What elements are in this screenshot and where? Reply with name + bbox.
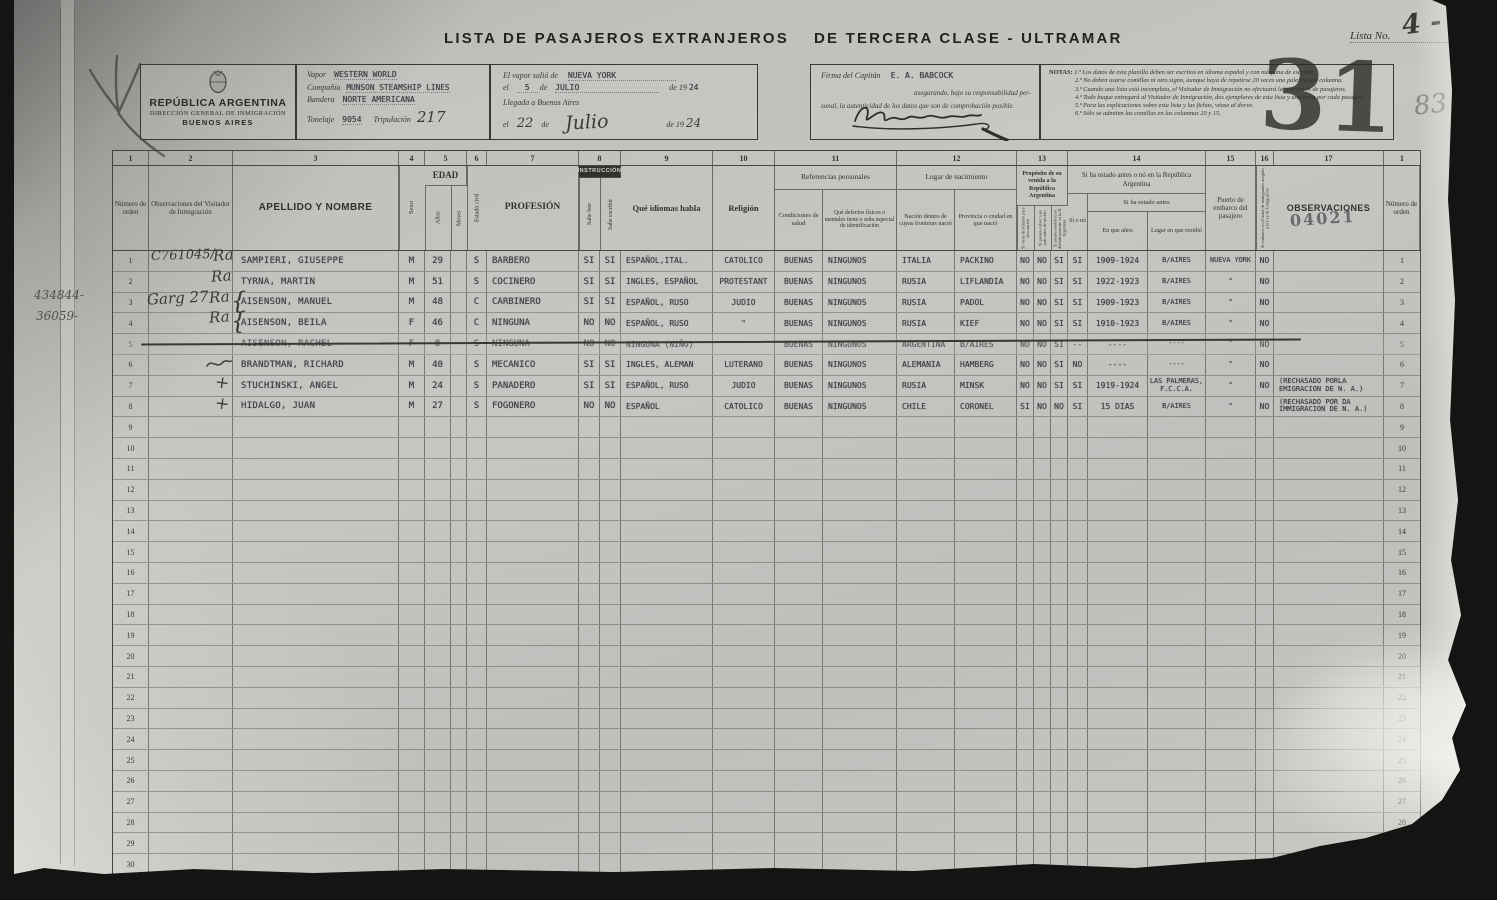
cell-esc: SI — [600, 272, 621, 292]
cell-puerto — [1206, 625, 1256, 645]
cell-t2 — [1034, 709, 1051, 729]
cell-visitor-obs — [149, 563, 233, 583]
cell-estado: C — [467, 313, 487, 333]
header-label: APELLIDO Y NOMBRE — [259, 202, 373, 214]
cell-name: AISENSON, MANUEL — [233, 293, 399, 313]
cell-religion — [713, 750, 775, 770]
cell-lugar — [1148, 792, 1206, 812]
cell-anos — [425, 480, 451, 500]
cell-en_anos: 1910-1923 — [1088, 313, 1148, 333]
cell-idiomas — [621, 833, 713, 853]
header-label: Referencias personales — [801, 173, 870, 182]
cell-salud: BUENAS — [775, 334, 823, 354]
cell-religion — [713, 792, 775, 812]
cell-religion: LUTERANO — [713, 355, 775, 375]
cell-lugar: B/AIRES — [1148, 251, 1206, 271]
cell-estado — [467, 480, 487, 500]
cell-meses — [451, 480, 467, 500]
table-row: 1212 — [113, 480, 1420, 501]
cell-lee — [579, 417, 600, 437]
cell-t2 — [1034, 625, 1051, 645]
cell-t3 — [1051, 480, 1068, 500]
cell-nacion — [897, 833, 955, 853]
cell-provincia — [955, 521, 1017, 541]
cell-salud — [775, 625, 823, 645]
table-row: 1SAMPIERI, GIUSEPPEM29SBARBEROSISIESPAÑO… — [113, 251, 1420, 272]
cell-en_anos: 1922-1923 — [1088, 272, 1148, 292]
cell-religion — [713, 584, 775, 604]
cell-estado: S — [467, 251, 487, 271]
cell-provincia — [955, 501, 1017, 521]
cell-nacion — [897, 605, 955, 625]
cell-n: 19 — [113, 625, 149, 645]
cell-sino — [1068, 542, 1088, 562]
table-row: 8HIDALGO, JUANM27SFOGONERONONOESPAÑOLCAT… — [113, 397, 1420, 418]
cell-prof: COCINERO — [487, 272, 579, 292]
cell-visitor-obs — [149, 792, 233, 812]
cell-c16 — [1256, 563, 1274, 583]
cell-prof — [487, 729, 579, 749]
cell-lugar — [1148, 729, 1206, 749]
cell-esc — [600, 646, 621, 666]
cell-esc: NO — [600, 313, 621, 333]
cell-t1 — [1017, 750, 1034, 770]
cell-visitor-obs — [149, 501, 233, 521]
cell-salud: BUENAS — [775, 272, 823, 292]
cell-t2 — [1034, 646, 1051, 666]
cell-sexo: M — [399, 293, 425, 313]
cell-esc — [600, 459, 621, 479]
cell-c16 — [1256, 667, 1274, 687]
cell-anos — [425, 438, 451, 458]
cell-defectos — [823, 584, 897, 604]
cell-religion — [713, 521, 775, 541]
cell-idiomas: ESPAÑOL, RUSO — [621, 376, 713, 396]
header-lugar_res: Lugar en que residió — [1148, 212, 1206, 250]
cell-puerto: " — [1206, 355, 1256, 375]
cell-provincia: PACKINO — [955, 251, 1017, 271]
cell-meses — [451, 459, 467, 479]
cell-anos — [425, 854, 451, 875]
cell-estado: S — [467, 334, 487, 354]
cell-lee — [579, 833, 600, 853]
cell-puerto: " — [1206, 313, 1256, 333]
cell-estado — [467, 729, 487, 749]
cell-t1: NO — [1017, 355, 1034, 375]
cell-provincia — [955, 584, 1017, 604]
header-label: Sabe escribir — [608, 198, 614, 229]
cell-t1 — [1017, 584, 1034, 604]
cell-en_anos — [1088, 625, 1148, 645]
cell-n: 24 — [1384, 729, 1420, 749]
cell-sino — [1068, 501, 1088, 521]
cell-anos — [425, 688, 451, 708]
cell-sino — [1068, 584, 1088, 604]
cell-puerto — [1206, 771, 1256, 791]
cell-t2 — [1034, 605, 1051, 625]
table-row: 3030 — [113, 854, 1420, 875]
captain-signature — [845, 95, 1025, 141]
cell-religion — [713, 813, 775, 833]
cell-n: 16 — [113, 563, 149, 583]
cell-visitor-obs — [149, 542, 233, 562]
cell-t2: NO — [1034, 251, 1051, 271]
cell-name — [233, 542, 399, 562]
cell-t1 — [1017, 625, 1034, 645]
table-row: 99 — [113, 417, 1420, 438]
cell-obs — [1274, 417, 1384, 437]
cell-prof — [487, 667, 579, 687]
cell-obs: (RECHASADO POR DA IMMIGRACION DE N. A.) — [1274, 397, 1384, 417]
cell-t2 — [1034, 729, 1051, 749]
header-label: Sí o nó — [1069, 218, 1086, 225]
cell-idiomas — [621, 709, 713, 729]
cell-lugar — [1148, 813, 1206, 833]
cell-anos: 24 — [425, 376, 451, 396]
compania-value: MUNSON STEAMSHIP LINES — [346, 83, 449, 93]
cell-n: 25 — [1384, 750, 1420, 770]
table-row: 1010 — [113, 438, 1420, 459]
cell-c16 — [1256, 792, 1274, 812]
cell-c16 — [1256, 438, 1274, 458]
cell-t3 — [1051, 688, 1068, 708]
de-label: de — [541, 120, 549, 129]
cell-anos — [425, 771, 451, 791]
tripulacion-value: 217 — [417, 108, 446, 126]
cell-defectos: NINGUNOS — [823, 313, 897, 333]
de-label: de — [540, 83, 548, 92]
cell-t2 — [1034, 792, 1051, 812]
cell-anos: 8 — [425, 334, 451, 354]
cell-lee — [579, 854, 600, 875]
cell-puerto — [1206, 605, 1256, 625]
cell-sexo: M — [399, 397, 425, 417]
cell-defectos — [823, 542, 897, 562]
header-c17: OBSERVACIONES04021 — [1274, 166, 1384, 250]
cell-defectos — [823, 854, 897, 875]
cell-nacion — [897, 729, 955, 749]
cell-n: 8 — [1384, 397, 1420, 417]
cell-t3: SI — [1051, 293, 1068, 313]
cell-n: 3 — [113, 293, 149, 313]
cell-defectos: NINGUNOS — [823, 397, 897, 417]
cell-t2 — [1034, 854, 1051, 875]
cell-name — [233, 646, 399, 666]
cell-visitor-obs — [149, 709, 233, 729]
cell-n: 10 — [1384, 438, 1420, 458]
cell-religion: PROTESTANT — [713, 272, 775, 292]
cell-salud: BUENAS — [775, 355, 823, 375]
cell-estado — [467, 771, 487, 791]
cell-c16 — [1256, 480, 1274, 500]
cell-t3 — [1051, 709, 1068, 729]
cell-t3 — [1051, 605, 1068, 625]
column-number: 11 — [775, 151, 897, 165]
cell-prof — [487, 521, 579, 541]
cell-anos: 46 — [425, 313, 451, 333]
cell-estado: C — [467, 293, 487, 313]
cell-puerto: NUEVA YORK — [1206, 251, 1256, 271]
cell-defectos: NINGUNOS — [823, 376, 897, 396]
cell-puerto — [1206, 521, 1256, 541]
cell-idiomas — [621, 625, 713, 645]
cell-t2 — [1034, 438, 1051, 458]
cell-idiomas: ESPAÑOL — [621, 397, 713, 417]
cell-esc — [600, 563, 621, 583]
cell-nacion — [897, 438, 955, 458]
cell-visitor-obs — [149, 813, 233, 833]
cell-salud — [775, 688, 823, 708]
cell-t2 — [1034, 521, 1051, 541]
cell-meses — [451, 521, 467, 541]
cell-salud — [775, 417, 823, 437]
header-si_ha: Si ha estado antes — [1088, 194, 1206, 212]
cell-prof — [487, 417, 579, 437]
cell-sexo — [399, 854, 425, 875]
cell-anos — [425, 563, 451, 583]
cell-t1 — [1017, 792, 1034, 812]
cell-name: TYRNA, MARTIN — [233, 272, 399, 292]
cell-estado — [467, 438, 487, 458]
cell-salud — [775, 521, 823, 541]
cell-prof — [487, 605, 579, 625]
cell-estado: S — [467, 397, 487, 417]
table-row: 1515 — [113, 542, 1420, 563]
cell-obs — [1274, 625, 1384, 645]
cell-lugar — [1148, 521, 1206, 541]
header-c6: Estado civil — [467, 166, 487, 250]
header-label: Si piensa volver a su país antes de un a… — [1039, 207, 1048, 249]
cell-obs — [1274, 667, 1384, 687]
cell-provincia: HAMBERG — [955, 355, 1017, 375]
cell-t2: NO — [1034, 313, 1051, 333]
header-c10: Religión — [713, 166, 775, 250]
cell-meses — [451, 625, 467, 645]
cell-estado: S — [467, 355, 487, 375]
cell-estado — [467, 542, 487, 562]
llegada-day: 22 — [511, 116, 540, 131]
cell-anos — [425, 625, 451, 645]
cell-anos — [425, 729, 451, 749]
cell-sino — [1068, 854, 1088, 875]
cell-visitor-obs — [149, 438, 233, 458]
cell-sexo — [399, 521, 425, 541]
cell-n: 20 — [1384, 646, 1420, 666]
cell-t1 — [1017, 771, 1034, 791]
cell-t3 — [1051, 729, 1068, 749]
cell-nacion — [897, 459, 955, 479]
bandera-label: Bandera — [307, 95, 335, 104]
cell-en_anos — [1088, 542, 1148, 562]
cell-t3 — [1051, 771, 1068, 791]
table-row: 1414 — [113, 521, 1420, 542]
cell-defectos: NINGUNOS — [823, 334, 897, 354]
table-row: 2222 — [113, 688, 1420, 709]
cell-sexo — [399, 813, 425, 833]
cell-nacion: ITALIA — [897, 251, 955, 271]
cell-esc — [600, 480, 621, 500]
cell-anos: 27 — [425, 397, 451, 417]
cell-obs — [1274, 459, 1384, 479]
cell-sexo — [399, 542, 425, 562]
cell-esc — [600, 854, 621, 875]
cell-salud — [775, 605, 823, 625]
table-row: 1313 — [113, 501, 1420, 522]
header-label: Condiciones de salud — [776, 212, 821, 227]
cell-c16: NO — [1256, 313, 1274, 333]
header-edad: EDAD — [425, 166, 467, 186]
cell-nacion: RUSIA — [897, 293, 955, 313]
header-meses: Meses — [451, 186, 467, 250]
cell-en_anos: 15 DIAS — [1088, 397, 1148, 417]
cell-obs — [1274, 709, 1384, 729]
cell-t1: NO — [1017, 272, 1034, 292]
cell-puerto — [1206, 750, 1256, 770]
cell-lugar — [1148, 542, 1206, 562]
cell-sino: SI — [1068, 376, 1088, 396]
cell-meses — [451, 397, 467, 417]
cell-estado — [467, 833, 487, 853]
cell-religion — [713, 438, 775, 458]
cell-obs — [1274, 584, 1384, 604]
cell-obs — [1274, 771, 1384, 791]
cell-meses — [451, 563, 467, 583]
cell-c16 — [1256, 813, 1274, 833]
cell-esc — [600, 667, 621, 687]
cell-visitor-obs — [149, 417, 233, 437]
table-row: 2929 — [113, 833, 1420, 854]
cell-estado — [467, 605, 487, 625]
cell-sino — [1068, 605, 1088, 625]
cell-name — [233, 417, 399, 437]
column-number: 13 — [1017, 151, 1068, 165]
cell-estado — [467, 417, 487, 437]
cell-salud — [775, 729, 823, 749]
table-row: 1616 — [113, 563, 1420, 584]
cell-t1 — [1017, 813, 1034, 833]
cell-t2 — [1034, 667, 1051, 687]
cell-n: 3 — [1384, 293, 1420, 313]
cell-esc — [600, 438, 621, 458]
cell-name — [233, 563, 399, 583]
cell-provincia: LIFLANDIA — [955, 272, 1017, 292]
cell-sexo — [399, 563, 425, 583]
header-label: Meses — [456, 210, 462, 225]
cell-sino: SI — [1068, 397, 1088, 417]
cell-idiomas — [621, 667, 713, 687]
cell-meses — [451, 542, 467, 562]
cell-n: 2 — [113, 272, 149, 292]
cell-puerto — [1206, 792, 1256, 812]
salio-year: 24 — [689, 83, 699, 92]
cell-name — [233, 709, 399, 729]
cell-obs — [1274, 542, 1384, 562]
ship-info-box: Vapor WESTERN WORLD Compañía MUNSON STEA… — [296, 64, 490, 140]
table-row: 3AISENSON, MANUELM48CCARBINEROSISIESPAÑO… — [113, 293, 1420, 314]
cell-meses — [451, 750, 467, 770]
cell-salud — [775, 584, 823, 604]
cell-sexo — [399, 750, 425, 770]
cell-meses — [451, 355, 467, 375]
cell-lugar — [1148, 688, 1206, 708]
cell-puerto: " — [1206, 334, 1256, 354]
cell-t1 — [1017, 480, 1034, 500]
cell-c16 — [1256, 459, 1274, 479]
cell-name — [233, 501, 399, 521]
cell-t3 — [1051, 563, 1068, 583]
cell-idiomas: ESPAÑOL, RUSO — [621, 313, 713, 333]
cell-sexo — [399, 605, 425, 625]
column-number: 3 — [233, 151, 399, 165]
header-label: Si viene de tránsito para otra nación — [1022, 207, 1031, 249]
cell-t2: NO — [1034, 272, 1051, 292]
cell-t1: NO — [1017, 376, 1034, 396]
cell-anos — [425, 521, 451, 541]
cell-visitor-obs — [149, 397, 233, 417]
cell-salud — [775, 667, 823, 687]
cell-salud — [775, 813, 823, 833]
cell-obs: (RECHASADO PORLA EMIGRACION DE N. A.) — [1274, 376, 1384, 396]
cell-en_anos — [1088, 417, 1148, 437]
cell-provincia — [955, 750, 1017, 770]
cell-obs — [1274, 521, 1384, 541]
cell-sexo: M — [399, 355, 425, 375]
cell-meses — [451, 272, 467, 292]
header-c2: Observaciones del Visitador de Inmigraci… — [149, 166, 233, 250]
cell-obs — [1274, 729, 1384, 749]
cell-lee: SI — [579, 293, 600, 313]
header-label: Lugar de nacimiento — [925, 173, 987, 182]
cell-puerto — [1206, 854, 1256, 875]
column-headers: Número de ordenObservaciones del Visitad… — [113, 166, 1420, 251]
cell-sino — [1068, 833, 1088, 853]
table-row: 1717 — [113, 584, 1420, 605]
agency-box: REPÚBLICA ARGENTINA DIRECCIÓN GENERAL DE… — [140, 64, 296, 140]
cell-t2: NO — [1034, 355, 1051, 375]
cell-provincia: KIEF — [955, 313, 1017, 333]
cell-sexo — [399, 584, 425, 604]
cell-nacion — [897, 563, 955, 583]
cell-provincia — [955, 480, 1017, 500]
cell-visitor-obs — [149, 480, 233, 500]
voyage-box: El vapor salió de NUEVA YORK el 5 de JUL… — [490, 64, 758, 140]
cell-anos: 51 — [425, 272, 451, 292]
agency-city: BUENOS AIRES — [141, 118, 295, 127]
header-c1: Número de orden — [113, 166, 149, 250]
tonelaje-value: 9054 — [342, 115, 361, 125]
header-label: Qué defectos físicos o mentales tiene o … — [824, 210, 895, 230]
cell-t3: SI — [1051, 376, 1068, 396]
cell-obs — [1274, 480, 1384, 500]
cell-salud — [775, 501, 823, 521]
cell-provincia — [955, 459, 1017, 479]
salio-month: JULIO — [555, 83, 659, 93]
cell-prof — [487, 459, 579, 479]
cell-defectos — [823, 688, 897, 708]
header-label: Puerto de embarco del pasajero — [1207, 196, 1254, 221]
cell-n: 22 — [113, 688, 149, 708]
cell-en_anos — [1088, 729, 1148, 749]
cell-lee — [579, 646, 600, 666]
cell-prof — [487, 813, 579, 833]
cell-anos — [425, 750, 451, 770]
cell-puerto — [1206, 438, 1256, 458]
cell-idiomas — [621, 792, 713, 812]
cell-anos — [425, 667, 451, 687]
cell-prof: NINGUNA — [487, 313, 579, 333]
cell-visitor-obs — [149, 646, 233, 666]
cell-n: 20 — [113, 646, 149, 666]
